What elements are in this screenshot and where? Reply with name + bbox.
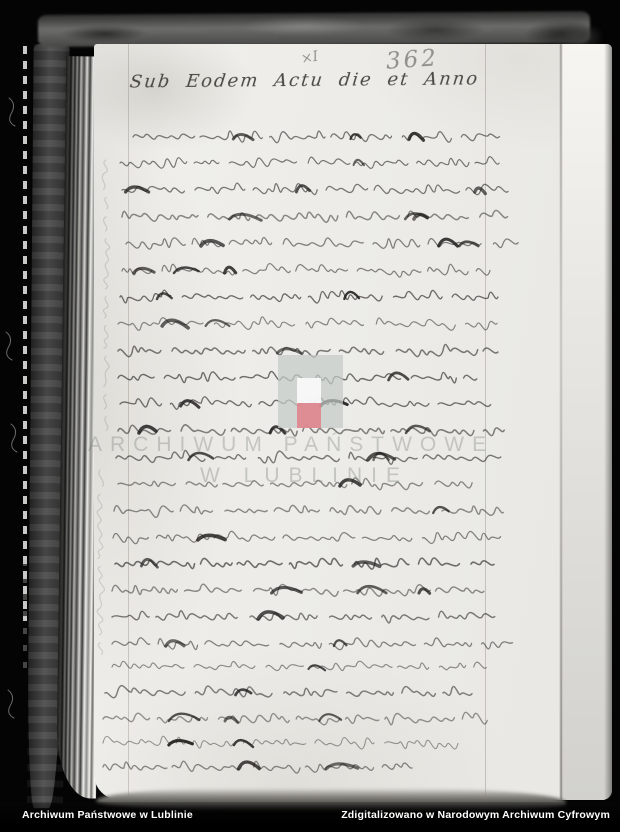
credit-footer: Archiwum Państwowe w Lublinie Zdigitaliz… — [0, 804, 620, 828]
footer-credit-left: Archiwum Państwowe w Lublinie — [22, 809, 193, 821]
watermark-text-line2: W LUBLINIE — [200, 464, 409, 488]
watermark-text-line1: ARCHIWUM PAŃSTWOWE — [88, 433, 494, 457]
archival-scan-viewer: Sub Eodem Actu die et Anno 362 ×I ARCHIW… — [0, 0, 620, 832]
footer-credit-right: Zdigitalizowano w Narodowym Archiwum Cyf… — [341, 809, 610, 821]
watermark-logo-white-square — [297, 378, 321, 403]
archive-watermark-logo — [278, 355, 343, 428]
watermark-logo-red-square — [297, 403, 321, 428]
